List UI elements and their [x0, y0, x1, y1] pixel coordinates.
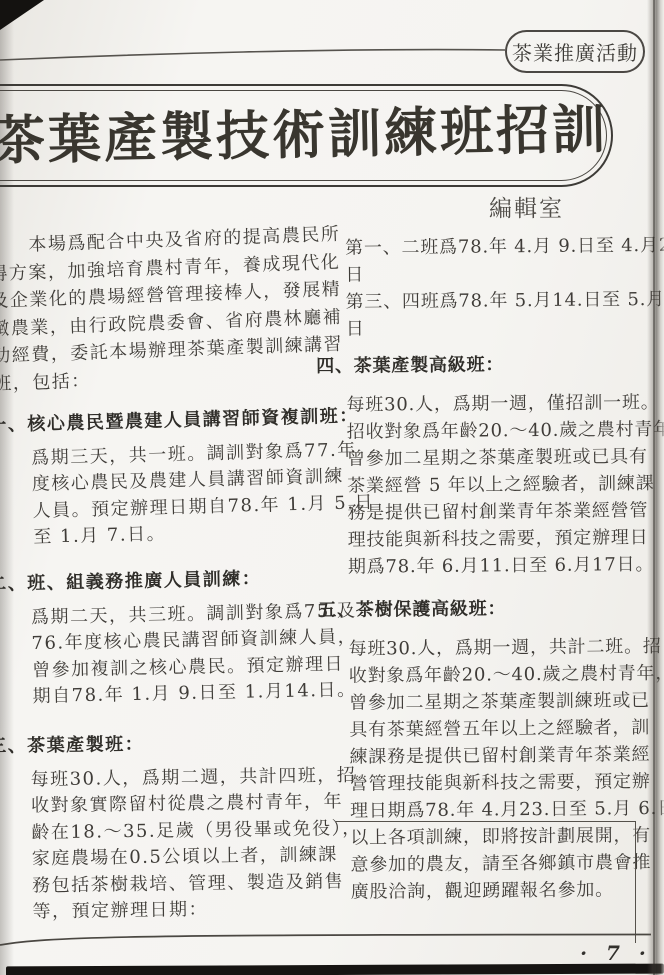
body-line: 練課務是提供已留村創業青年茶業經 [349, 741, 656, 771]
date-line: 第一、二班爲78.年 4.月 9.日至 4.月22. [345, 232, 652, 262]
body-line: 曾參加二星期之茶葉產製班或已具有 [347, 443, 654, 473]
right-column: 第一、二班爲78.年 4.月 9.日至 4.月22. 日 第三、四班爲78.年 … [307, 232, 658, 906]
body-line: 每班30.人，爲期一週，共計二班。招 [348, 633, 655, 663]
body-line: 每班30.人，爲期一週，僅招訓一班。 [346, 389, 653, 419]
body-line: 茶業經營 5 年以上之經驗者，訓練課 [347, 470, 654, 500]
body-line: 等，預定辦理日期： [32, 895, 355, 926]
date-line: 日 [346, 313, 653, 343]
article-title: 茶葉產製技術訓練班招訓 [0, 86, 664, 175]
spine-edge [647, 0, 664, 975]
section-1-heading: 一、核心農民暨農建人員講習師資複訓班： [0, 402, 354, 439]
body-line: 營管理技能與新科技之需要，預定辦 [350, 768, 657, 798]
section-2-heading: 二、班、組義務推廣人員訓練： [0, 563, 353, 598]
class-dates: 第一、二班爲78.年 4.月 9.日至 4.月22. 日 第三、四班爲78.年 … [345, 232, 653, 343]
section-2: 二、班、組義務推廣人員訓練： 爲期二天，共三班。調訓對象爲75.及 76.年度核… [0, 563, 356, 711]
page-number: · 7 · [578, 941, 654, 965]
body-line: 招收對象爲年齡20.～40.歲之農村青年 [347, 416, 654, 446]
body-line: 曾參加二星期之茶葉產製訓練班或已 [349, 687, 656, 717]
section-4-body: 每班30.人，爲期一週，僅招訓一班。 招收對象爲年齡20.～40.歲之農村青年 … [346, 389, 655, 581]
section-1: 一、核心農民暨農建人員講習師資複訓班： 爲期三天，共一班。調訓對象爲77.年 度… [0, 402, 357, 552]
section-5-heading: 五、茶樹保護高級班： [318, 594, 655, 624]
tag-connector-line [0, 44, 506, 64]
date-line: 日 [345, 259, 652, 289]
body-line: 收對象爲年齡20.～40.歲之農村青年， [349, 660, 656, 690]
closing-notice-box [336, 821, 636, 943]
left-column: 本場爲配合中央及省府的提高農民所 得方案，加強培育農村青年，養成現代化 及企業化… [0, 233, 353, 927]
section-4-heading: 四、茶葉產製高級班： [316, 350, 653, 380]
category-tag-badge: 茶業推廣活動 [505, 30, 645, 73]
bottom-rule [0, 933, 652, 947]
section-2-body: 爲期二天，共三班。調訓對象爲75.及 76.年度核心農民講習師資訓練人員， 曾參… [31, 598, 356, 710]
intro-paragraph: 本場爲配合中央及省府的提高農民所 得方案，加強培育農村青年，養成現代化 及企業化… [0, 220, 359, 398]
section-3-heading: 三、茶葉產製班： [0, 728, 353, 760]
body-line: 具有茶葉經營五年以上之經驗者，訓 [349, 714, 656, 744]
body-line: 理技能與新科技之需要，預定辦理日 [348, 524, 655, 554]
category-tag-label: 茶業推廣活動 [512, 37, 638, 66]
section-3: 三、茶葉產製班： 每班30.人，爲期二週，共計四班，招 收對象實際留村從農之農村… [0, 728, 356, 927]
scan-bottom-bar [6, 964, 664, 975]
section-1-body: 爲期三天，共一班。調訓對象爲77.年 度核心農民及農建人員講習師資訓練 人員。預… [31, 437, 357, 551]
scan-corner-artifact [0, 0, 44, 30]
body-line: 期爲78.年 6.月11.日至 6.月17日。 [348, 551, 655, 581]
section-3-body: 每班30.人，爲期二週，共計四班，招 收對象實際留村從農之農村青年，年 齡在18… [30, 763, 355, 926]
spine-edge-line [653, 0, 655, 975]
date-line: 第三、四班爲78.年 5.月14.日至 5.月27. [345, 286, 652, 316]
body-line: 務包括茶樹栽培、管理、製造及銷售 [32, 869, 355, 900]
byline: 編輯室 [489, 190, 564, 223]
body-line: 務是提供已留村創業青年茶業經營管 [347, 497, 654, 527]
scanned-page: 茶業推廣活動 茶葉產製技術訓練班招訓 編輯室 本場爲配合中央及省府的提高農民所 … [0, 0, 664, 975]
